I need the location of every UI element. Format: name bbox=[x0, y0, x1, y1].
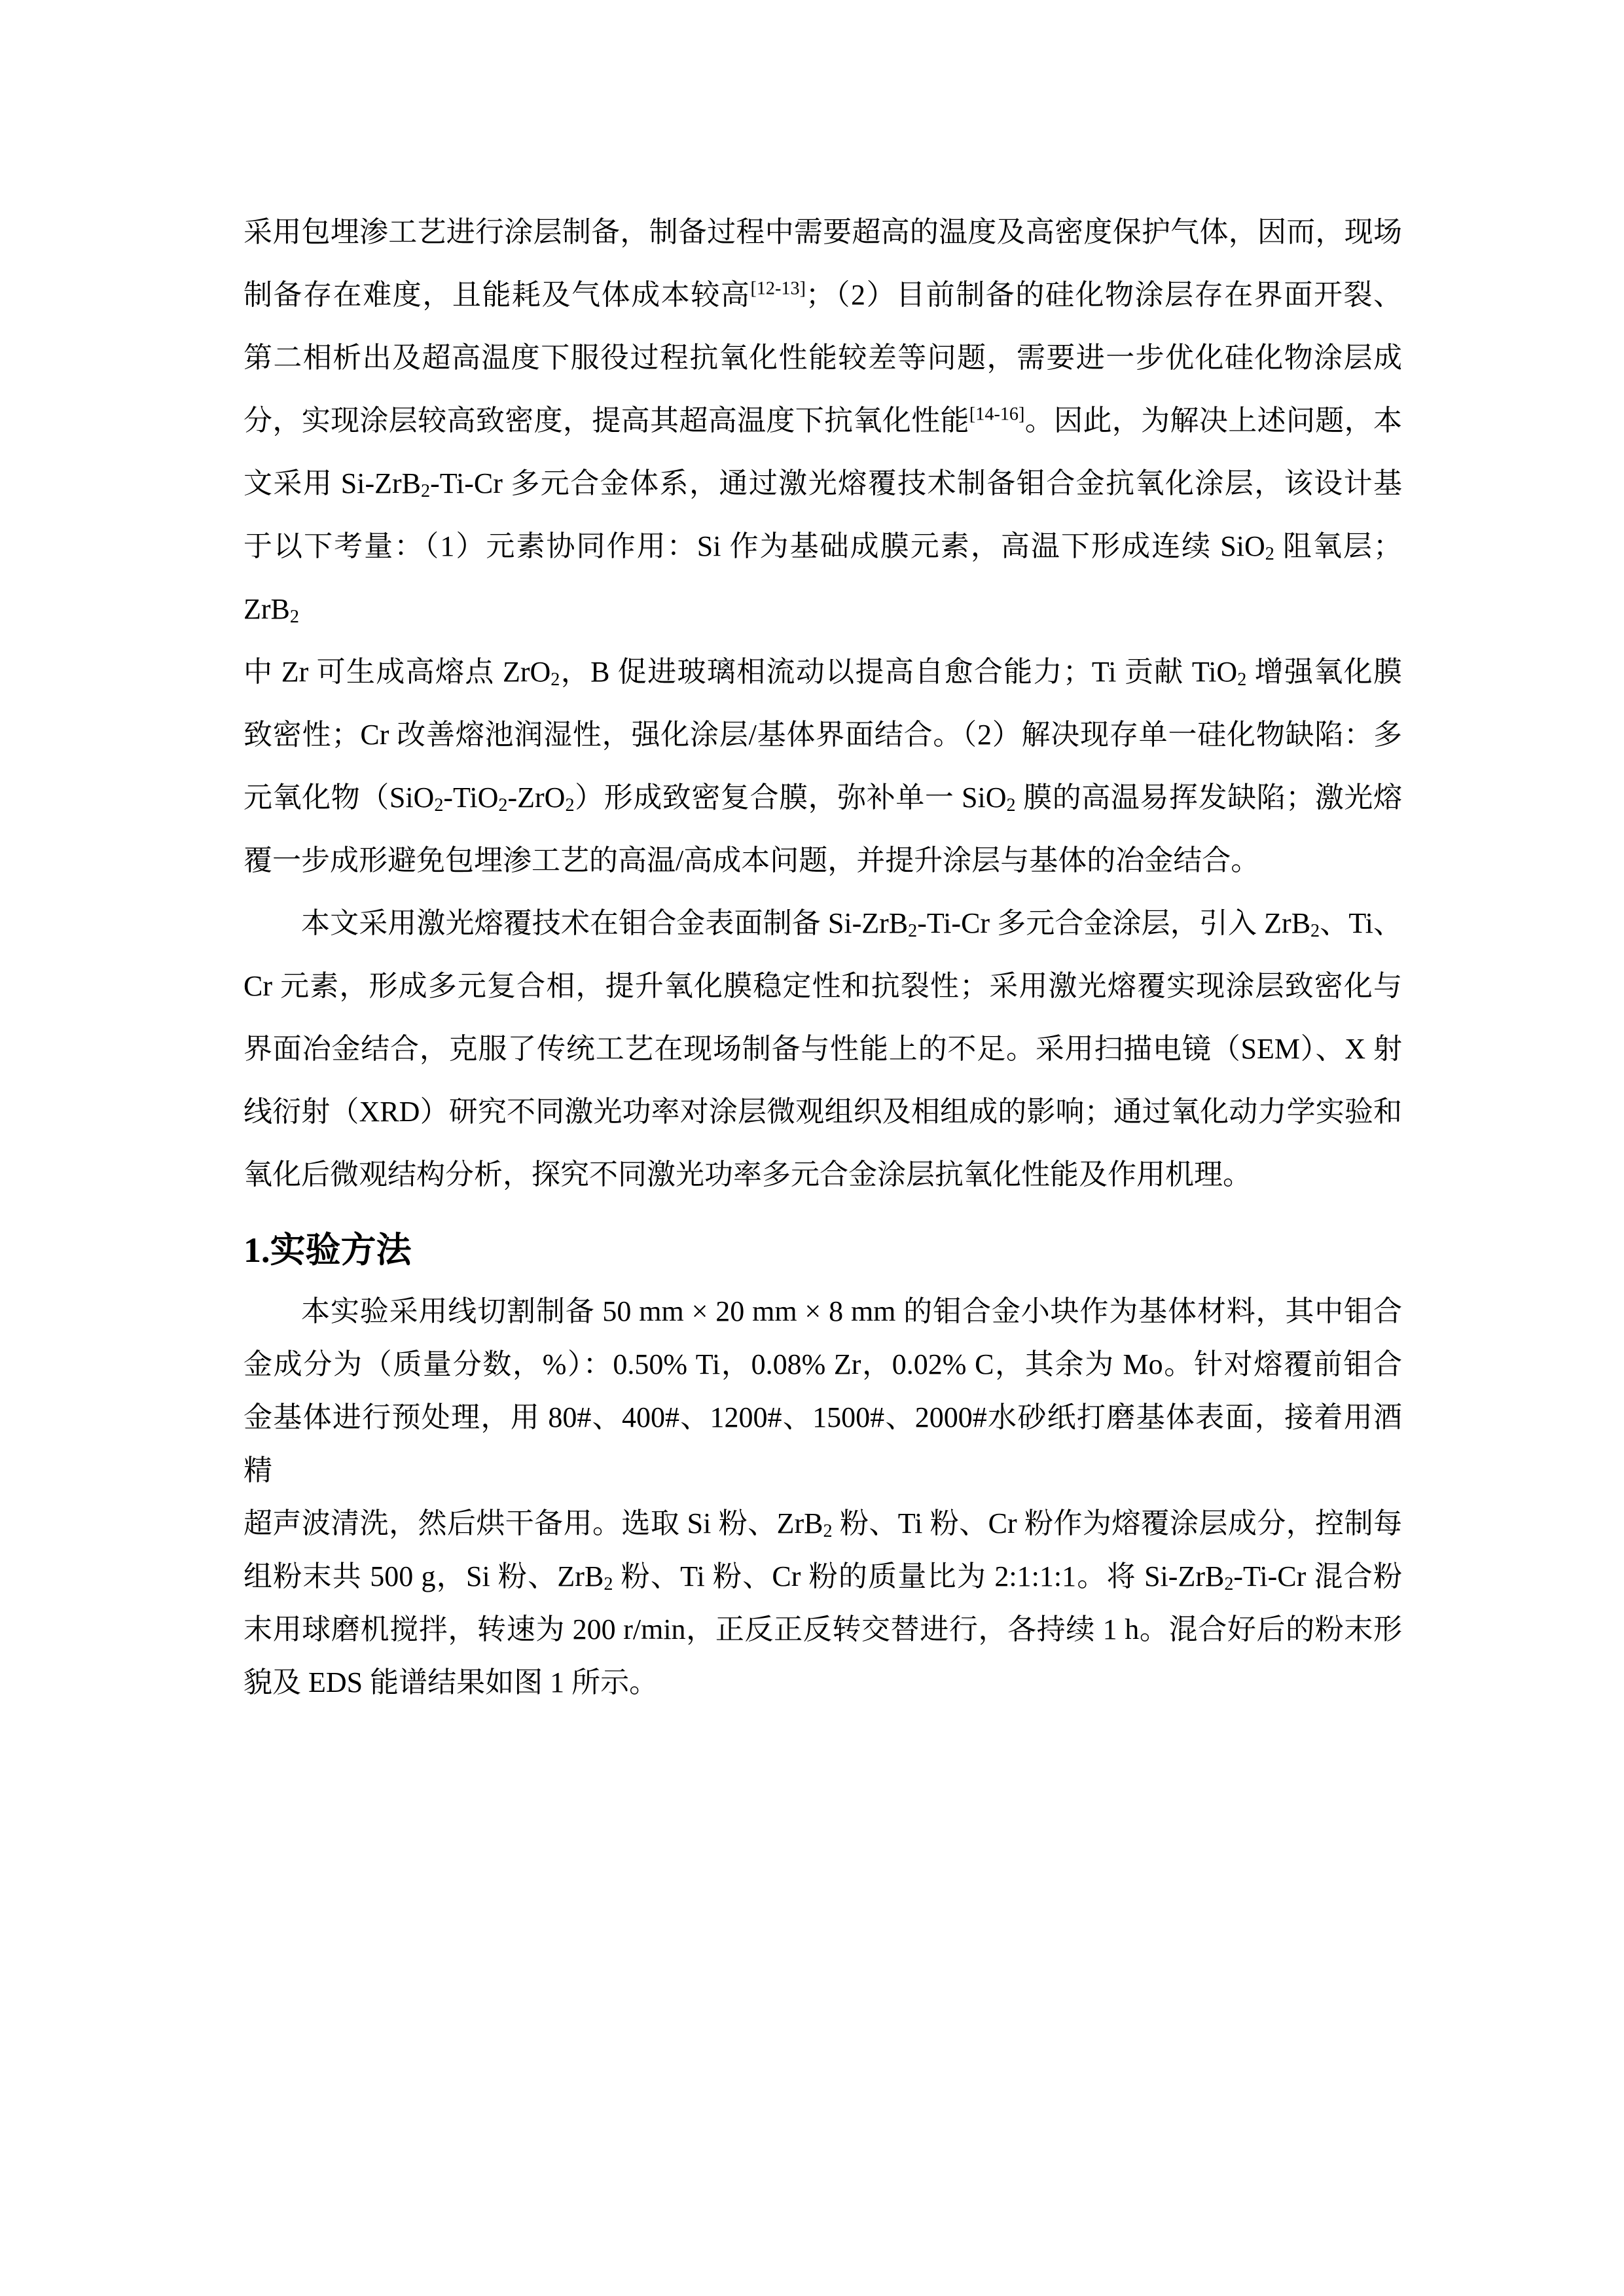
text-line: 文采用 Si-ZrB2-Ti-Cr 多元合金体系，通过激光熔覆技术制备钼合金抗氧… bbox=[244, 452, 1402, 515]
text-line: 超声波清洗，然后烘干备用。选取 Si 粉、ZrB2 粉、Ti 粉、Cr 粉作为熔… bbox=[244, 1497, 1402, 1550]
text-line: 貌及 EDS 能谱结果如图 1 所示。 bbox=[244, 1656, 1402, 1709]
document-content: 采用包埋渗工艺进行涂层制备，制备过程中需要超高的温度及高密度保护气体，因而，现场… bbox=[244, 201, 1402, 1709]
text-line: 覆一步成形避免包埋渗工艺的高温/高成本问题，并提升涂层与基体的冶金结合。 bbox=[244, 829, 1402, 892]
intro-continued: 采用包埋渗工艺进行涂层制备，制备过程中需要超高的温度及高密度保护气体，因而，现场… bbox=[244, 201, 1402, 892]
text-line: 分，实现涂层较高致密度，提高其超高温度下抗氧化性能[14-16]。因此，为解决上… bbox=[244, 389, 1402, 452]
text-line: 于以下考量：（1）元素协同作用：Si 作为基础成膜元素，高温下形成连续 SiO2… bbox=[244, 515, 1402, 641]
experimental-method: 本实验采用线切割制备 50 mm × 20 mm × 8 mm 的钼合金小块作为… bbox=[244, 1285, 1402, 1709]
text-line: 中 Zr 可生成高熔点 ZrO2，B 促进玻璃相流动以提高自愈合能力；Ti 贡献… bbox=[244, 641, 1402, 704]
text-line: 金成分为（质量分数，%）：0.50% Ti，0.08% Zr，0.02% C，其… bbox=[244, 1338, 1402, 1391]
text-line: 金基体进行预处理，用 80#、400#、1200#、1500#、2000#水砂纸… bbox=[244, 1391, 1402, 1497]
text-line: 末用球磨机搅拌，转速为 200 r/min，正反正反转交替进行，各持续 1 h。… bbox=[244, 1603, 1402, 1656]
text-line: 元氧化物（SiO2-TiO2-ZrO2）形成致密复合膜，弥补单一 SiO2 膜的… bbox=[244, 766, 1402, 829]
text-line: 致密性；Cr 改善熔池润湿性，强化涂层/基体界面结合。（2）解决现存单一硅化物缺… bbox=[244, 704, 1402, 766]
text-line: 第二相析出及超高温度下服役过程抗氧化性能较差等问题，需要进一步优化硅化物涂层成 bbox=[244, 327, 1402, 389]
text-line: 界面冶金结合，克服了传统工艺在现场制备与性能上的不足。采用扫描电镜（SEM）、X… bbox=[244, 1018, 1402, 1081]
document-page: 采用包埋渗工艺进行涂层制备，制备过程中需要超高的温度及高密度保护气体，因而，现场… bbox=[0, 0, 1624, 2296]
text-line: 采用包埋渗工艺进行涂层制备，制备过程中需要超高的温度及高密度保护气体，因而，现场 bbox=[244, 201, 1402, 264]
text-line: 本文采用激光熔覆技术在钼合金表面制备 Si-ZrB2-Ti-Cr 多元合金涂层，… bbox=[244, 892, 1402, 955]
text-line: Cr 元素，形成多元复合相，提升氧化膜稳定性和抗裂性；采用激光熔覆实现涂层致密化… bbox=[244, 955, 1402, 1018]
text-line: 制备存在难度，且能耗及气体成本较高[12-13]；（2）目前制备的硅化物涂层存在… bbox=[244, 264, 1402, 327]
section-1-heading: 1.实验方法 bbox=[244, 1221, 1402, 1280]
text-line: 本实验采用线切割制备 50 mm × 20 mm × 8 mm 的钼合金小块作为… bbox=[244, 1285, 1402, 1338]
text-line: 氧化后微观结构分析，探究不同激光功率多元合金涂层抗氧化性能及作用机理。 bbox=[244, 1143, 1402, 1206]
text-line: 组粉末共 500 g，Si 粉、ZrB2 粉、Ti 粉、Cr 粉的质量比为 2:… bbox=[244, 1550, 1402, 1603]
summary-paragraph: 本文采用激光熔覆技术在钼合金表面制备 Si-ZrB2-Ti-Cr 多元合金涂层，… bbox=[244, 892, 1402, 1206]
text-line: 线衍射（XRD）研究不同激光功率对涂层微观组织及相组成的影响；通过氧化动力学实验… bbox=[244, 1081, 1402, 1143]
